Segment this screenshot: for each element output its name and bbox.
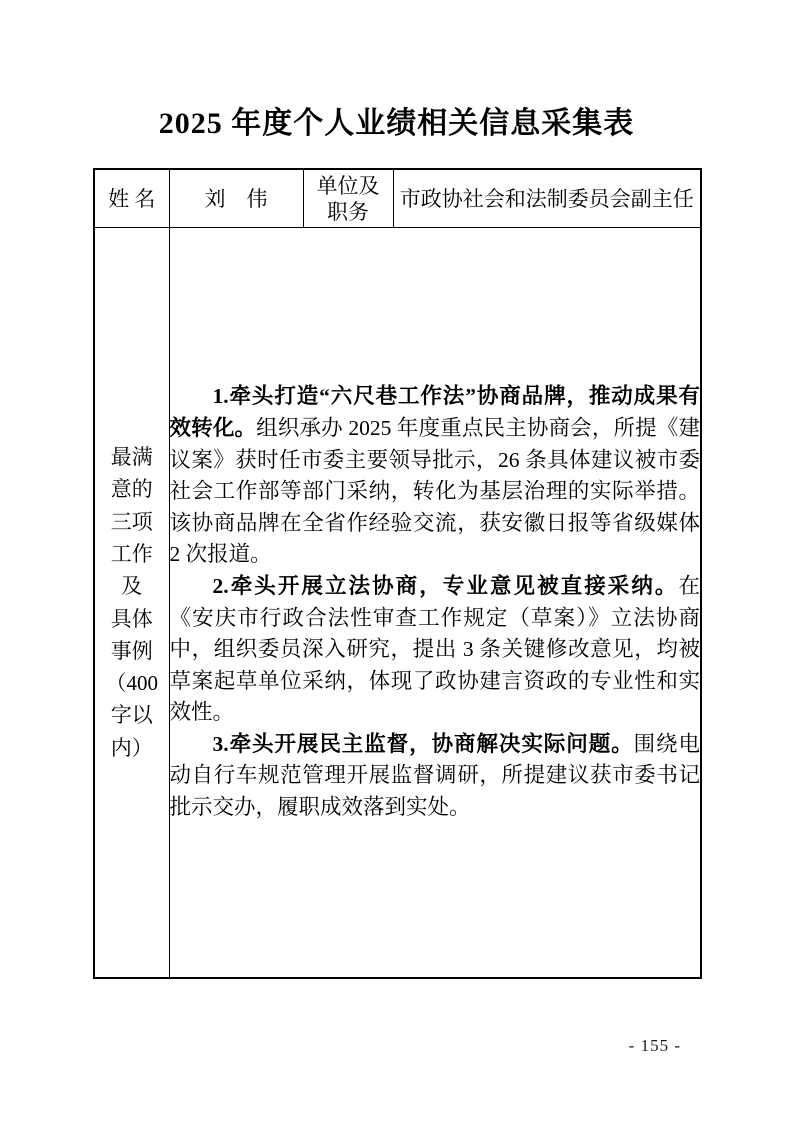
table-row-header: 姓 名 刘 伟 单位及 职务 市政协社会和法制委员会副主任 [94, 169, 701, 228]
work-item-1: 1.牵头打造“六尺巷工作法”协商品牌，推动成果有效转化。组织承办 2025 年度… [170, 381, 701, 571]
work-item-3: 3.牵头开展民主监督，协商解决实际问题。围绕电动自行车规范管理开展监督调研，所提… [170, 729, 701, 824]
document-page: 2025 年度个人业绩相关信息采集表 姓 名 刘 伟 单位及 职务 市政协社会和… [0, 0, 793, 1122]
name-label: 姓 名 [94, 169, 169, 228]
name-value: 刘 伟 [169, 169, 303, 228]
work-item-2: 2.牵头开展立法协商，专业意见被直接采纳。在《安庆市行政合法性审查工作规定（草案… [170, 571, 701, 729]
page-title: 2025 年度个人业绩相关信息采集表 [0, 98, 793, 142]
works-section-label: 最满 意的 三项 工作 及 具体 事例 （400 字以 内） [94, 228, 169, 979]
unit-position-value: 市政协社会和法制委员会副主任 [393, 169, 701, 228]
work-item-3-title: 3.牵头开展民主监督，协商解决实际问题。 [213, 732, 634, 756]
info-collection-table: 姓 名 刘 伟 单位及 职务 市政协社会和法制委员会副主任 最满 意的 三项 工… [93, 168, 702, 979]
table-row-works: 最满 意的 三项 工作 及 具体 事例 （400 字以 内） 1.牵头打造“六尺… [94, 228, 701, 979]
work-item-2-title: 2.牵头开展立法协商，专业意见被直接采纳。 [213, 574, 679, 598]
unit-position-label: 单位及 职务 [303, 169, 393, 228]
works-content-cell: 1.牵头打造“六尺巷工作法”协商品牌，推动成果有效转化。组织承办 2025 年度… [169, 228, 701, 979]
page-number: - 155 - [629, 1036, 681, 1056]
